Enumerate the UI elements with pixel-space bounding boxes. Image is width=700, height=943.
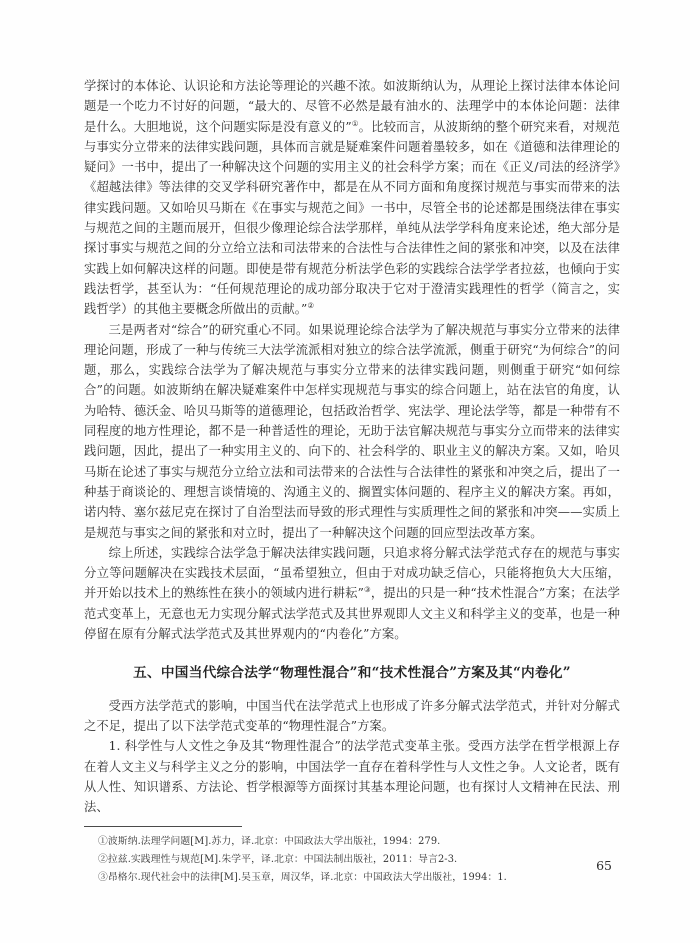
footnote-item: ③昂格尔.现代社会中的法律[M].吴玉章，周汉华，译.北京：中国政法大学出版社，… xyxy=(84,869,620,887)
footnote-list: ①波斯纳.法理学问题[M].苏力，译.北京：中国政法大学出版社，1994：279… xyxy=(84,833,620,887)
footnote-ref-marker: ② xyxy=(307,301,314,310)
footnote-ref-marker: ③ xyxy=(364,585,371,594)
body-paragraph: 三是两者对“综合”的研究重心不同。如果说理论综合法学为了解决规范与事实分立带来的… xyxy=(84,320,620,543)
paragraph-text: 1. 科学性与人文性之争及其“物理性混合”的法学范式变革主张。受西方法学在哲学根… xyxy=(84,739,620,814)
paragraph-text: 受西方法学范式的影响，中国当代在法学范式上也形成了许多分解式法学范式，并针对分解… xyxy=(84,699,620,733)
body-paragraph: 受西方法学范式的影响，中国当代在法学范式上也形成了许多分解式法学范式，并针对分解… xyxy=(84,696,620,737)
body-paragraph: 综上所述，实践综合法学急于解决法律实践问题，只追求将分解式法学范式存在的规范与事… xyxy=(84,543,620,644)
body-paragraph: 学探讨的本体论、认识论和方法论等理论的兴趣不浓。如波斯纳认为，从理论上探讨法律本… xyxy=(84,76,620,320)
footnote-block: ①波斯纳.法理学问题[M].苏力，译.北京：中国政法大学出版社，1994：279… xyxy=(84,826,620,887)
body-paragraph: 1. 科学性与人文性之争及其“物理性混合”的法学范式变革主张。受西方法学在哲学根… xyxy=(84,736,620,817)
paragraph-text: 三是两者对“综合”的研究重心不同。如果说理论综合法学为了解决规范与事实分立带来的… xyxy=(84,323,620,540)
text-body: 学探讨的本体论、认识论和方法论等理论的兴趣不浓。如波斯纳认为，从理论上探讨法律本… xyxy=(84,76,620,887)
page-number: 65 xyxy=(596,858,612,873)
footnote-separator xyxy=(84,826,242,827)
paragraph-text: 。比较而言，从波斯纳的整个研究来看，对规范与事实分立带来的法律实践问题，具体而言… xyxy=(84,120,620,317)
body-sections: 学探讨的本体论、认识论和方法论等理论的兴趣不浓。如波斯纳认为，从理论上探讨法律本… xyxy=(84,76,620,817)
footnote-item: ①波斯纳.法理学问题[M].苏力，译.北京：中国政法大学出版社，1994：279… xyxy=(84,833,620,851)
document-page: 学探讨的本体论、认识论和方法论等理论的兴趣不浓。如波斯纳认为，从理论上探讨法律本… xyxy=(0,0,700,943)
section-heading: 五、中国当代综合法学“物理性混合”和“技术性混合”方案及其“内卷化” xyxy=(84,663,620,683)
footnote-ref-marker: ① xyxy=(352,119,359,128)
footnote-item: ②拉兹.实践理性与规范[M].朱学平，译.北京：中国法制出版社，2011：导言2… xyxy=(84,851,620,869)
